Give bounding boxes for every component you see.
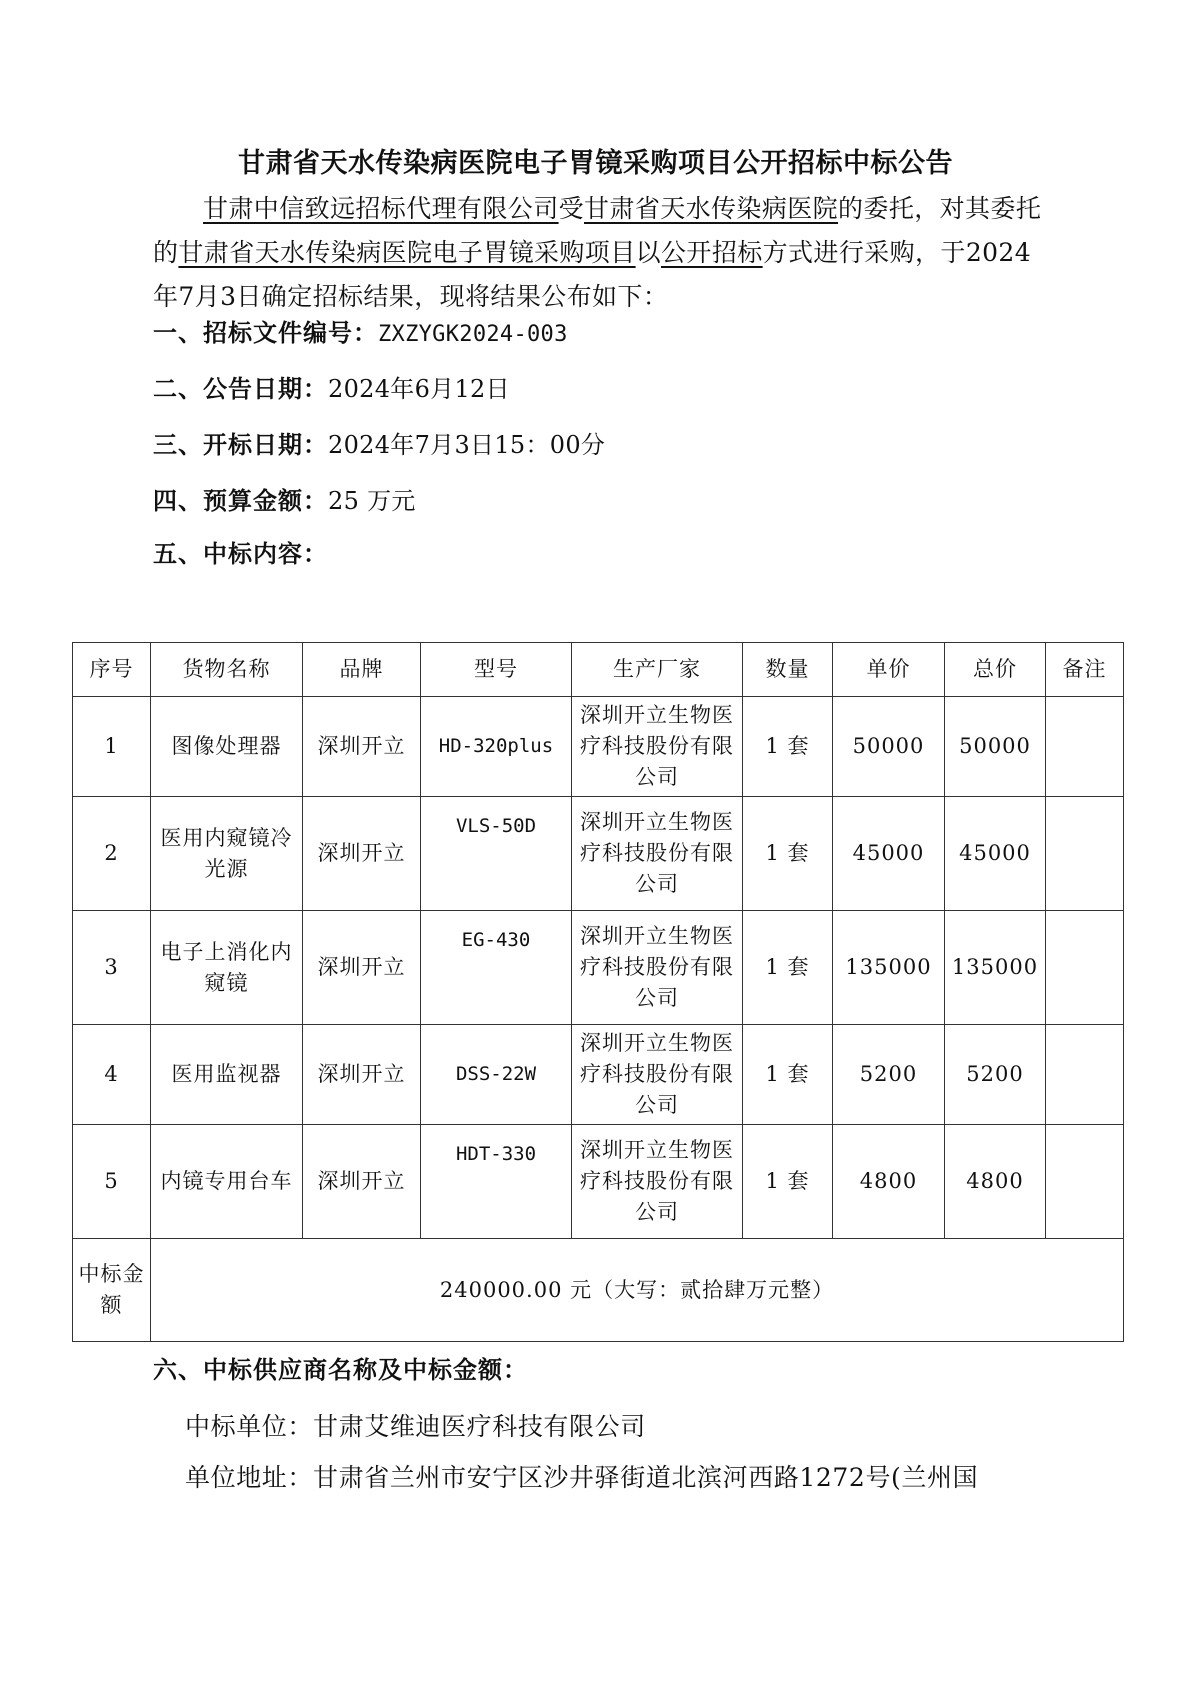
cell-note [1046, 697, 1124, 797]
cell-brand: 深圳开立 [303, 697, 421, 797]
open-date-value: 2024年7月3日15：00分 [328, 431, 605, 459]
budget-value: 25 万元 [328, 487, 416, 515]
cell-maker: 深圳开立生物医疗科技股份有限公司 [572, 797, 743, 911]
section-label: 五、中标内容： [153, 540, 328, 568]
cell-total: 135000 [945, 911, 1046, 1025]
section-award-content: 五、中标内容： [153, 534, 328, 574]
cell-no: 3 [73, 911, 151, 1025]
cell-model: HD-320plus [421, 697, 572, 797]
cell-no: 1 [73, 697, 151, 797]
section-label: 一、招标文件编号： [153, 319, 378, 347]
cell-model: VLS-50D [421, 797, 572, 911]
cell-brand: 深圳开立 [303, 797, 421, 911]
intro-text: 受 [559, 194, 584, 223]
intro-paragraph: 甘肃中信致远招标代理有限公司受甘肃省天水传染病医院的委托，对其委托的甘肃省天水传… [153, 187, 1053, 319]
supplier-address: 甘肃省兰州市安宁区沙井驿街道北滨河西路1272号(兰州国 [313, 1463, 978, 1492]
cell-note [1046, 1125, 1124, 1239]
cell-maker: 深圳开立生物医疗科技股份有限公司 [572, 911, 743, 1025]
section-open-date: 三、开标日期：2024年7月3日15：00分 [153, 425, 605, 465]
table-total-row: 中标金额 240000.00 元（大写：贰拾肆万元整） [73, 1239, 1124, 1342]
cell-total: 50000 [945, 697, 1046, 797]
section-label: 四、预算金额： [153, 487, 328, 515]
section-label: 二、公告日期： [153, 375, 328, 403]
cell-qty: 1 套 [743, 911, 833, 1025]
cell-model: EG-430 [421, 911, 572, 1025]
cell-no: 5 [73, 1125, 151, 1239]
cell-total: 5200 [945, 1025, 1046, 1125]
section-announce-date: 二、公告日期：2024年6月12日 [153, 369, 510, 409]
supplier-name: 甘肃艾维迪医疗科技有限公司 [313, 1412, 646, 1441]
cell-qty: 1 套 [743, 797, 833, 911]
cell-note [1046, 911, 1124, 1025]
cell-qty: 1 套 [743, 1125, 833, 1239]
cell-brand: 深圳开立 [303, 911, 421, 1025]
header-qty: 数量 [743, 643, 833, 697]
cell-total: 4800 [945, 1125, 1046, 1239]
cell-brand: 深圳开立 [303, 1125, 421, 1239]
cell-name: 内镜专用台车 [151, 1125, 303, 1239]
supplier-name-label: 中标单位： [185, 1412, 313, 1441]
cell-name: 医用内窥镜冷光源 [151, 797, 303, 911]
cell-no: 4 [73, 1025, 151, 1125]
table-header-row: 序号 货物名称 品牌 型号 生产厂家 数量 单价 总价 备注 [73, 643, 1124, 697]
header-model: 型号 [421, 643, 572, 697]
agency-name: 甘肃中信致远招标代理有限公司 [203, 194, 559, 223]
client-name: 甘肃省天水传染病医院 [584, 194, 838, 223]
header-unit-price: 单价 [833, 643, 945, 697]
cell-unit-price: 4800 [833, 1125, 945, 1239]
header-total: 总价 [945, 643, 1046, 697]
document-title: 甘肃省天水传染病医院电子胃镜采购项目公开招标中标公告 [0, 144, 1191, 184]
cell-no: 2 [73, 797, 151, 911]
cell-model: HDT-330 [421, 1125, 572, 1239]
cell-unit-price: 45000 [833, 797, 945, 911]
intro-text: 以 [636, 238, 661, 267]
section-label: 三、开标日期： [153, 431, 328, 459]
procurement-method: 公开招标 [661, 238, 763, 267]
cell-maker: 深圳开立生物医疗科技股份有限公司 [572, 1125, 743, 1239]
section-supplier: 六、中标供应商名称及中标金额： [153, 1350, 528, 1390]
cell-model: DSS-22W [421, 1025, 572, 1125]
cell-unit-price: 135000 [833, 911, 945, 1025]
announce-date-value: 2024年6月12日 [328, 375, 510, 403]
cell-name: 医用监视器 [151, 1025, 303, 1125]
supplier-name-line: 中标单位：甘肃艾维迪医疗科技有限公司 [185, 1407, 646, 1447]
header-brand: 品牌 [303, 643, 421, 697]
supplier-address-line: 单位地址：甘肃省兰州市安宁区沙井驿街道北滨河西路1272号(兰州国 [185, 1458, 978, 1498]
cell-unit-price: 50000 [833, 697, 945, 797]
cell-qty: 1 套 [743, 697, 833, 797]
cell-total: 45000 [945, 797, 1046, 911]
cell-note [1046, 1025, 1124, 1125]
total-label: 中标金额 [73, 1239, 151, 1342]
cell-maker: 深圳开立生物医疗科技股份有限公司 [572, 1025, 743, 1125]
header-name: 货物名称 [151, 643, 303, 697]
header-no: 序号 [73, 643, 151, 697]
cell-brand: 深圳开立 [303, 1025, 421, 1125]
section-label: 六、中标供应商名称及中标金额： [153, 1356, 528, 1384]
table-row: 2 医用内窥镜冷光源 深圳开立 VLS-50D 深圳开立生物医疗科技股份有限公司… [73, 797, 1124, 911]
table-row: 3 电子上消化内窥镜 深圳开立 EG-430 深圳开立生物医疗科技股份有限公司 … [73, 911, 1124, 1025]
doc-number-value: ZXZYGK2024-003 [378, 322, 568, 347]
cell-name: 电子上消化内窥镜 [151, 911, 303, 1025]
supplier-address-label: 单位地址： [185, 1463, 313, 1492]
cell-unit-price: 5200 [833, 1025, 945, 1125]
cell-name: 图像处理器 [151, 697, 303, 797]
cell-maker: 深圳开立生物医疗科技股份有限公司 [572, 697, 743, 797]
cell-note [1046, 797, 1124, 911]
total-value: 240000.00 元（大写：贰拾肆万元整） [151, 1239, 1124, 1342]
header-note: 备注 [1046, 643, 1124, 697]
cell-qty: 1 套 [743, 1025, 833, 1125]
section-doc-number: 一、招标文件编号：ZXZYGK2024-003 [153, 313, 568, 355]
table-row: 1 图像处理器 深圳开立 HD-320plus 深圳开立生物医疗科技股份有限公司… [73, 697, 1124, 797]
header-maker: 生产厂家 [572, 643, 743, 697]
section-budget: 四、预算金额：25 万元 [153, 481, 416, 521]
table-row: 4 医用监视器 深圳开立 DSS-22W 深圳开立生物医疗科技股份有限公司 1 … [73, 1025, 1124, 1125]
award-table: 序号 货物名称 品牌 型号 生产厂家 数量 单价 总价 备注 1 图像处理器 深… [72, 642, 1124, 1342]
project-name: 甘肃省天水传染病医院电子胃镜采购项目 [178, 238, 635, 267]
table-row: 5 内镜专用台车 深圳开立 HDT-330 深圳开立生物医疗科技股份有限公司 1… [73, 1125, 1124, 1239]
